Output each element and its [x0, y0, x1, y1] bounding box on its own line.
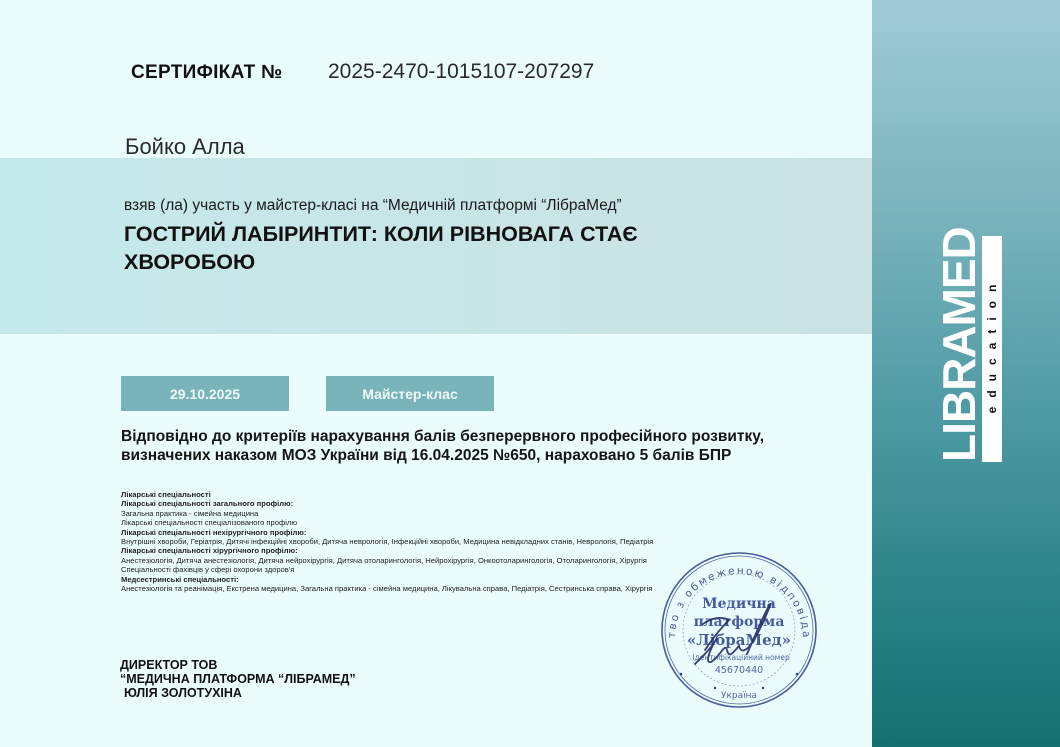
stamp-line1: Медична — [702, 596, 776, 612]
stamp-id-label: Ідентифікаційний номер — [692, 653, 790, 662]
director-name: ЮЛІЯ ЗОЛОТУХІНА — [120, 686, 356, 700]
logo-tagline-box: education — [982, 236, 1002, 462]
participation-text: взяв (ла) участь у майстер-класі на “Мед… — [124, 197, 622, 215]
specialty-heading: Лікарські спеціальності нехірургічного п… — [121, 528, 666, 537]
specialties-list: Лікарські спеціальностіЛікарські спеціал… — [121, 490, 666, 593]
recipient-name: Бойко Алла — [125, 134, 245, 160]
cpd-points-statement: Відповідно до критеріїв нарахування балі… — [121, 427, 801, 465]
certificate-number: 2025-2470-1015107-207297 — [328, 60, 594, 84]
event-date-badge: 29.10.2025 — [121, 376, 289, 411]
director-signature-block: ДИРЕКТОР ТОВ “МЕДИЧНА ПЛАТФОРМА “ЛІБРАМЕ… — [120, 658, 356, 700]
stamp-country: Україна — [721, 691, 757, 701]
specialty-heading: Медсестринські спеціальності: — [121, 575, 666, 584]
specialty-heading: Лікарські спеціальності — [121, 490, 666, 499]
specialty-heading: Лікарські спеціальності хірургічного про… — [121, 546, 666, 555]
director-company: “МЕДИЧНА ПЛАТФОРМА “ЛІБРАМЕД” — [120, 672, 356, 686]
libramed-logo: LIBRAMED education — [936, 236, 1002, 462]
specialty-entry: Загальна практика - сімейна медицина — [121, 509, 666, 518]
logo-tagline: education — [982, 236, 1002, 462]
event-title: ГОСТРИЙ ЛАБІРИНТИТ: КОЛИ РІВНОВАГА СТАЄ … — [124, 220, 684, 276]
specialty-entry: Спеціальності фахівців у сфері охорони з… — [121, 565, 666, 574]
logo-wordmark: LIBRAMED — [936, 236, 982, 462]
stamp-id-number: 45670440 — [715, 665, 763, 676]
director-title: ДИРЕКТОР ТОВ — [120, 658, 356, 672]
specialty-entry: Анестезіологія та реанімація, Екстрена м… — [121, 584, 666, 593]
company-stamp: Товариство з обмеженою відповідальністю … — [655, 546, 823, 708]
event-type-badge: Майстер-клас — [326, 376, 494, 411]
specialty-entry: Анестезіологія, Дитяча анестезіологія, Д… — [121, 556, 666, 565]
certificate-label: СЕРТИФІКАТ № — [131, 62, 283, 84]
specialty-entry: Лікарські спеціальності спеціалізованого… — [121, 518, 666, 527]
specialty-heading: Лікарські спеціальності загального профі… — [121, 499, 666, 508]
specialty-entry: Внутрішні хвороби, Геріатрія, Дитячі інф… — [121, 537, 666, 546]
